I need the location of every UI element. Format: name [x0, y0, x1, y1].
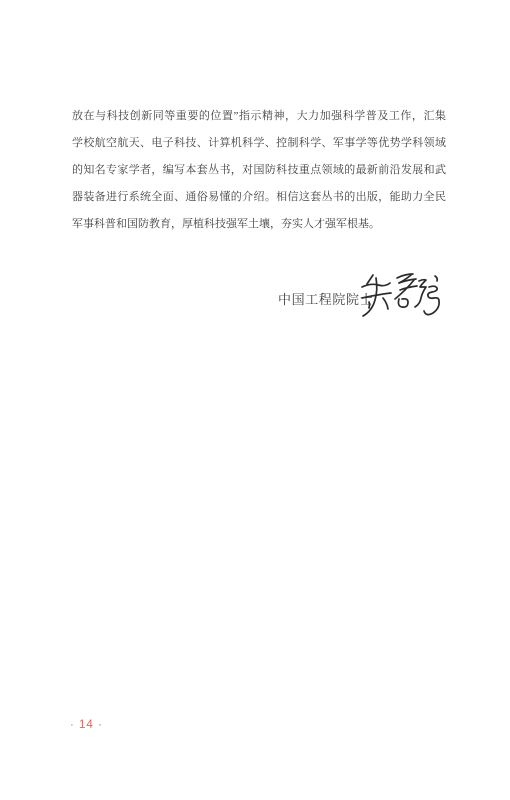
paragraph-line: 军事科普和国防教育，厚植科技强军土壤，夯实人才强军根基。 — [72, 211, 446, 238]
page-number: · 14 · — [70, 719, 103, 731]
book-page: 放在与科技创新同等重要的位置”指示精神，大力加强科学普及工作，汇集 学校航空航天… — [0, 0, 510, 800]
paragraph-line: 放在与科技创新同等重要的位置”指示精神，大力加强科学普及工作，汇集 — [72, 103, 446, 130]
body-paragraph: 放在与科技创新同等重要的位置”指示精神，大力加强科学普及工作，汇集 学校航空航天… — [72, 103, 446, 238]
paragraph-line: 的知名专家学者，编写本套丛书，对国防科技重点领域的最新前沿发展和武 — [72, 157, 446, 184]
signature-handwriting — [356, 267, 448, 327]
paragraph-line: 学校航空航天、电子科技、计算机科学、控制科学、军事学等优势学科领域 — [72, 130, 446, 157]
paragraph-line: 器装备进行系统全面、通俗易懂的介绍。相信这套丛书的出版，能助力全民 — [72, 184, 446, 211]
